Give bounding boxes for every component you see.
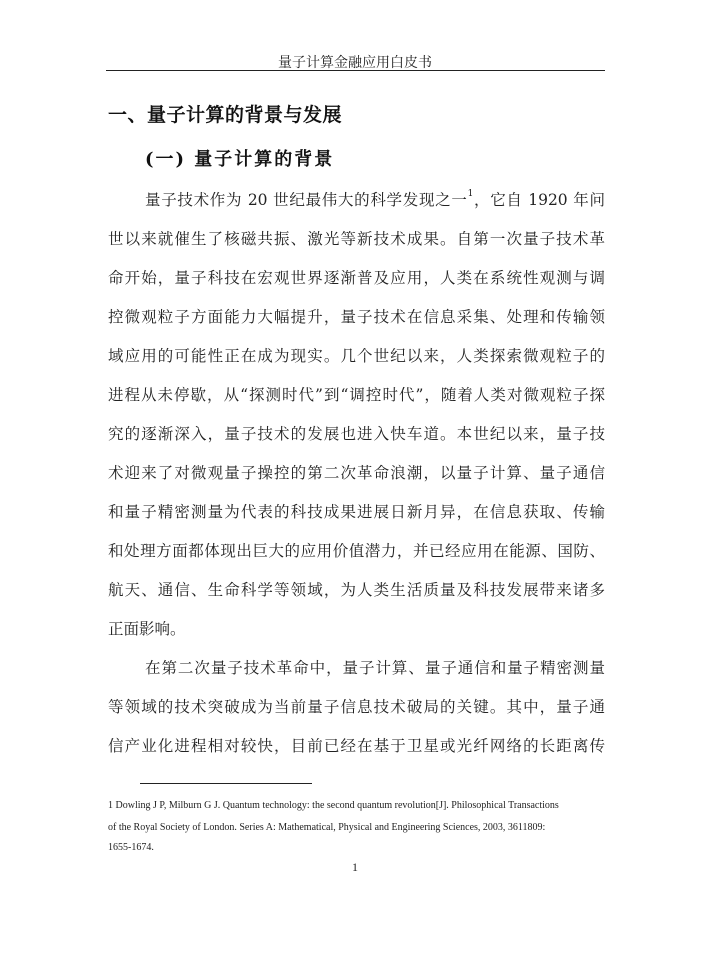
running-header-title: 量子计算金融应用白皮书 <box>0 52 710 72</box>
paragraph-line: 命开始，量子科技在宏观世界逐渐普及应用，人类在系统性观测与调 <box>108 266 605 290</box>
paragraph-line: 等领域的技术突破成为当前量子信息技术破局的关键。其中，量子通 <box>108 695 605 719</box>
paragraph-line: 正面影响。 <box>108 617 605 641</box>
paragraph-line: 和量子精密测量为代表的科技成果进展日新月异，在信息获取、传输 <box>108 500 605 524</box>
paragraph-line: 术迎来了对微观量子操控的第二次革命浪潮，以量子计算、量子通信 <box>108 461 605 485</box>
paragraph-line: 世以来就催生了核磁共振、激光等新技术成果。自第一次量子技术革 <box>108 227 605 251</box>
paragraph-line: 控微观粒子方面能力大幅提升，量子技术在信息采集、处理和传输领 <box>108 305 605 329</box>
line-text: ，它自 1920 年问 <box>473 191 605 209</box>
line-text: 量子技术作为 20 世纪最伟大的科学发现之一 <box>145 191 468 209</box>
footnote-divider <box>140 783 312 784</box>
footnote-line: of the Royal Society of London. Series A… <box>108 818 608 838</box>
paragraph-line: 究的逐渐深入，量子技术的发展也进入快车道。本世纪以来，量子技 <box>108 422 605 446</box>
section-heading: 一、量子计算的背景与发展 <box>108 100 342 127</box>
paragraph-line: 域应用的可能性正在成为现实。几个世纪以来，人类探索微观粒子的 <box>108 344 605 368</box>
subsection-heading: (一) 量子计算的背景 <box>145 145 334 171</box>
header-divider <box>106 70 605 71</box>
paragraph-line: 量子技术作为 20 世纪最伟大的科学发现之一1，它自 1920 年问 <box>145 188 605 212</box>
paragraph-line: 航天、通信、生命科学等领域，为人类生活质量及科技发展带来诸多 <box>108 578 605 602</box>
paragraph-line: 和处理方面都体现出巨大的应用价值潜力，并已经应用在能源、国防、 <box>108 539 605 563</box>
paragraph-line: 进程从未停歇，从“探测时代”到“调控时代”，随着人类对微观粒子探 <box>108 383 605 407</box>
footnote-line: 1 Dowling J P, Milburn G J. Quantum tech… <box>108 796 608 816</box>
footnote-line: 1655-1674. <box>108 838 608 858</box>
paragraph-line: 信产业化进程相对较快，目前已经在基于卫星或光纤网络的长距离传 <box>108 734 605 758</box>
page-number: 1 <box>0 860 710 875</box>
paragraph-line: 在第二次量子技术革命中，量子计算、量子通信和量子精密测量 <box>145 656 605 680</box>
